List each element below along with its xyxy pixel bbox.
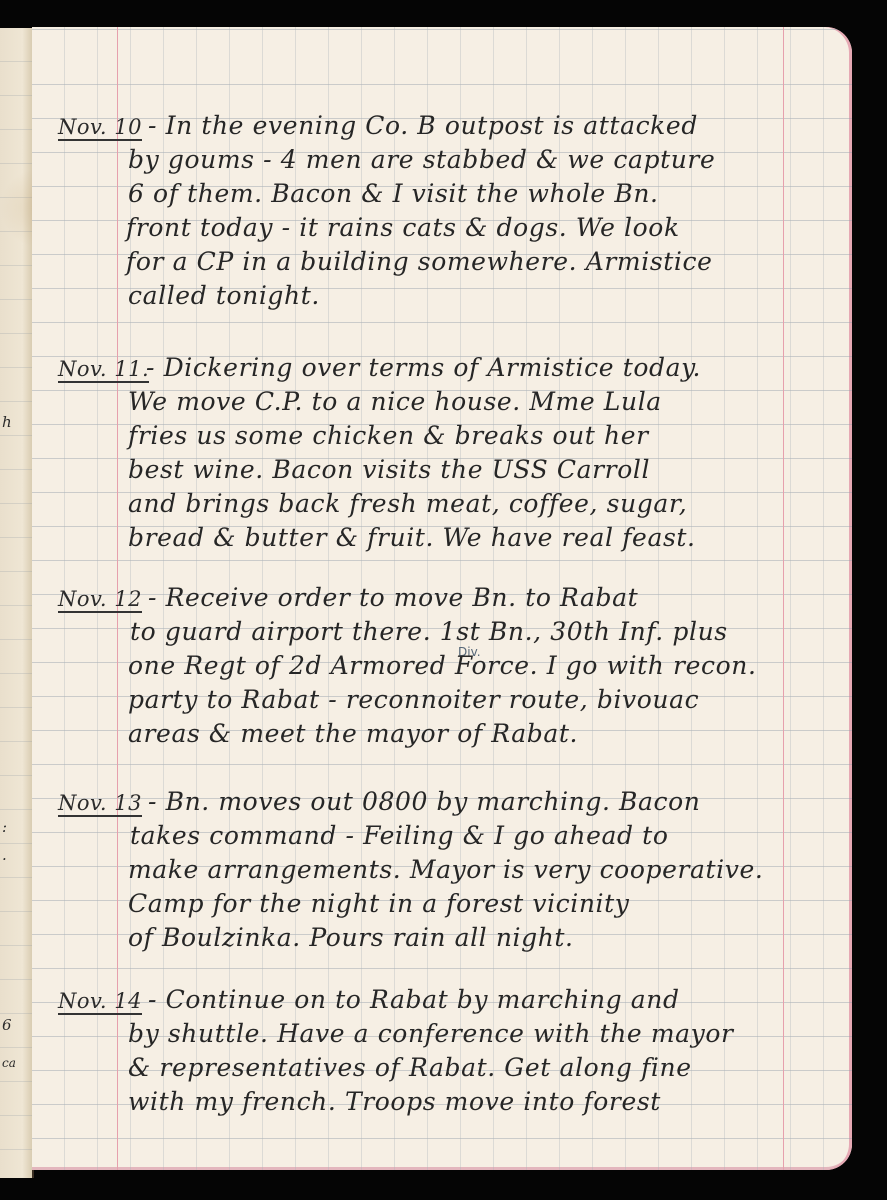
entry-line: party to Rabat - reconnoiter route, bivo… bbox=[128, 685, 699, 715]
entry-line: front today - it rains cats & dogs. We l… bbox=[126, 213, 680, 243]
diary-page: Nov. 10 - In the evening Co. B outpost i… bbox=[32, 27, 852, 1170]
facing-page-fragment: 6 bbox=[2, 1016, 12, 1034]
entry-line: - Continue on to Rabat by marching and bbox=[148, 985, 680, 1015]
right-margin-rule bbox=[783, 27, 784, 1170]
entry-line: to guard airport there. 1st Bn., 30th In… bbox=[130, 617, 728, 647]
entry-date: Nov. 14 bbox=[58, 989, 142, 1015]
entry-line: We move C.P. to a nice house. Mme Lula bbox=[128, 387, 662, 417]
entry-date: Nov. 12 bbox=[58, 587, 142, 613]
entry-line: areas & meet the mayor of Rabat. bbox=[128, 719, 578, 749]
entry-line: Camp for the night in a forest vicinity bbox=[128, 889, 630, 919]
entry-date: Nov. 10 bbox=[58, 115, 142, 141]
entry-line: one Regt of 2d Armored Force. I go with … bbox=[128, 651, 757, 681]
entry-line: make arrangements. Mayor is very coopera… bbox=[128, 855, 763, 885]
entry-line: 6 of them. Bacon & I visit the whole Bn. bbox=[128, 179, 659, 209]
facing-page-fragment: h bbox=[2, 413, 12, 431]
entry-line: and brings back fresh meat, coffee, suga… bbox=[128, 489, 687, 519]
entry-line: by goums - 4 men are stabbed & we captur… bbox=[128, 145, 715, 175]
entry-line: - Receive order to move Bn. to Rabat bbox=[148, 583, 638, 613]
entry-line: called tonight. bbox=[128, 281, 320, 311]
facing-page-fragment: ca bbox=[2, 1056, 16, 1070]
entry-line: - Bn. moves out 0800 by marching. Bacon bbox=[148, 787, 701, 817]
entry-line: & representatives of Rabat. Get along fi… bbox=[128, 1053, 692, 1083]
entry-line: of Boulzinka. Pours rain all night. bbox=[128, 923, 574, 953]
entry-line: with my french. Troops move into forest bbox=[128, 1087, 661, 1117]
entry-line: - In the evening Co. B outpost is attack… bbox=[148, 111, 698, 141]
entry-line: takes command - Feiling & I go ahead to bbox=[130, 821, 668, 851]
entry-line: by shuttle. Have a conference with the m… bbox=[128, 1019, 734, 1049]
facing-page-fragment: : bbox=[2, 818, 7, 836]
entry-line: for a CP in a building somewhere. Armist… bbox=[126, 247, 712, 277]
entry-line: best wine. Bacon visits the USS Carroll bbox=[128, 455, 650, 485]
entry-line: bread & butter & fruit. We have real fea… bbox=[128, 523, 696, 553]
entry-date: Nov. 11. bbox=[58, 357, 149, 383]
entry-line: - Dickering over terms of Armistice toda… bbox=[146, 353, 701, 383]
facing-page-edge: h : . 6 ca bbox=[0, 28, 34, 1178]
entry-line: fries us some chicken & breaks out her bbox=[128, 421, 649, 451]
facing-page-fragment: . bbox=[2, 846, 7, 864]
entry-date: Nov. 13 bbox=[58, 791, 142, 817]
